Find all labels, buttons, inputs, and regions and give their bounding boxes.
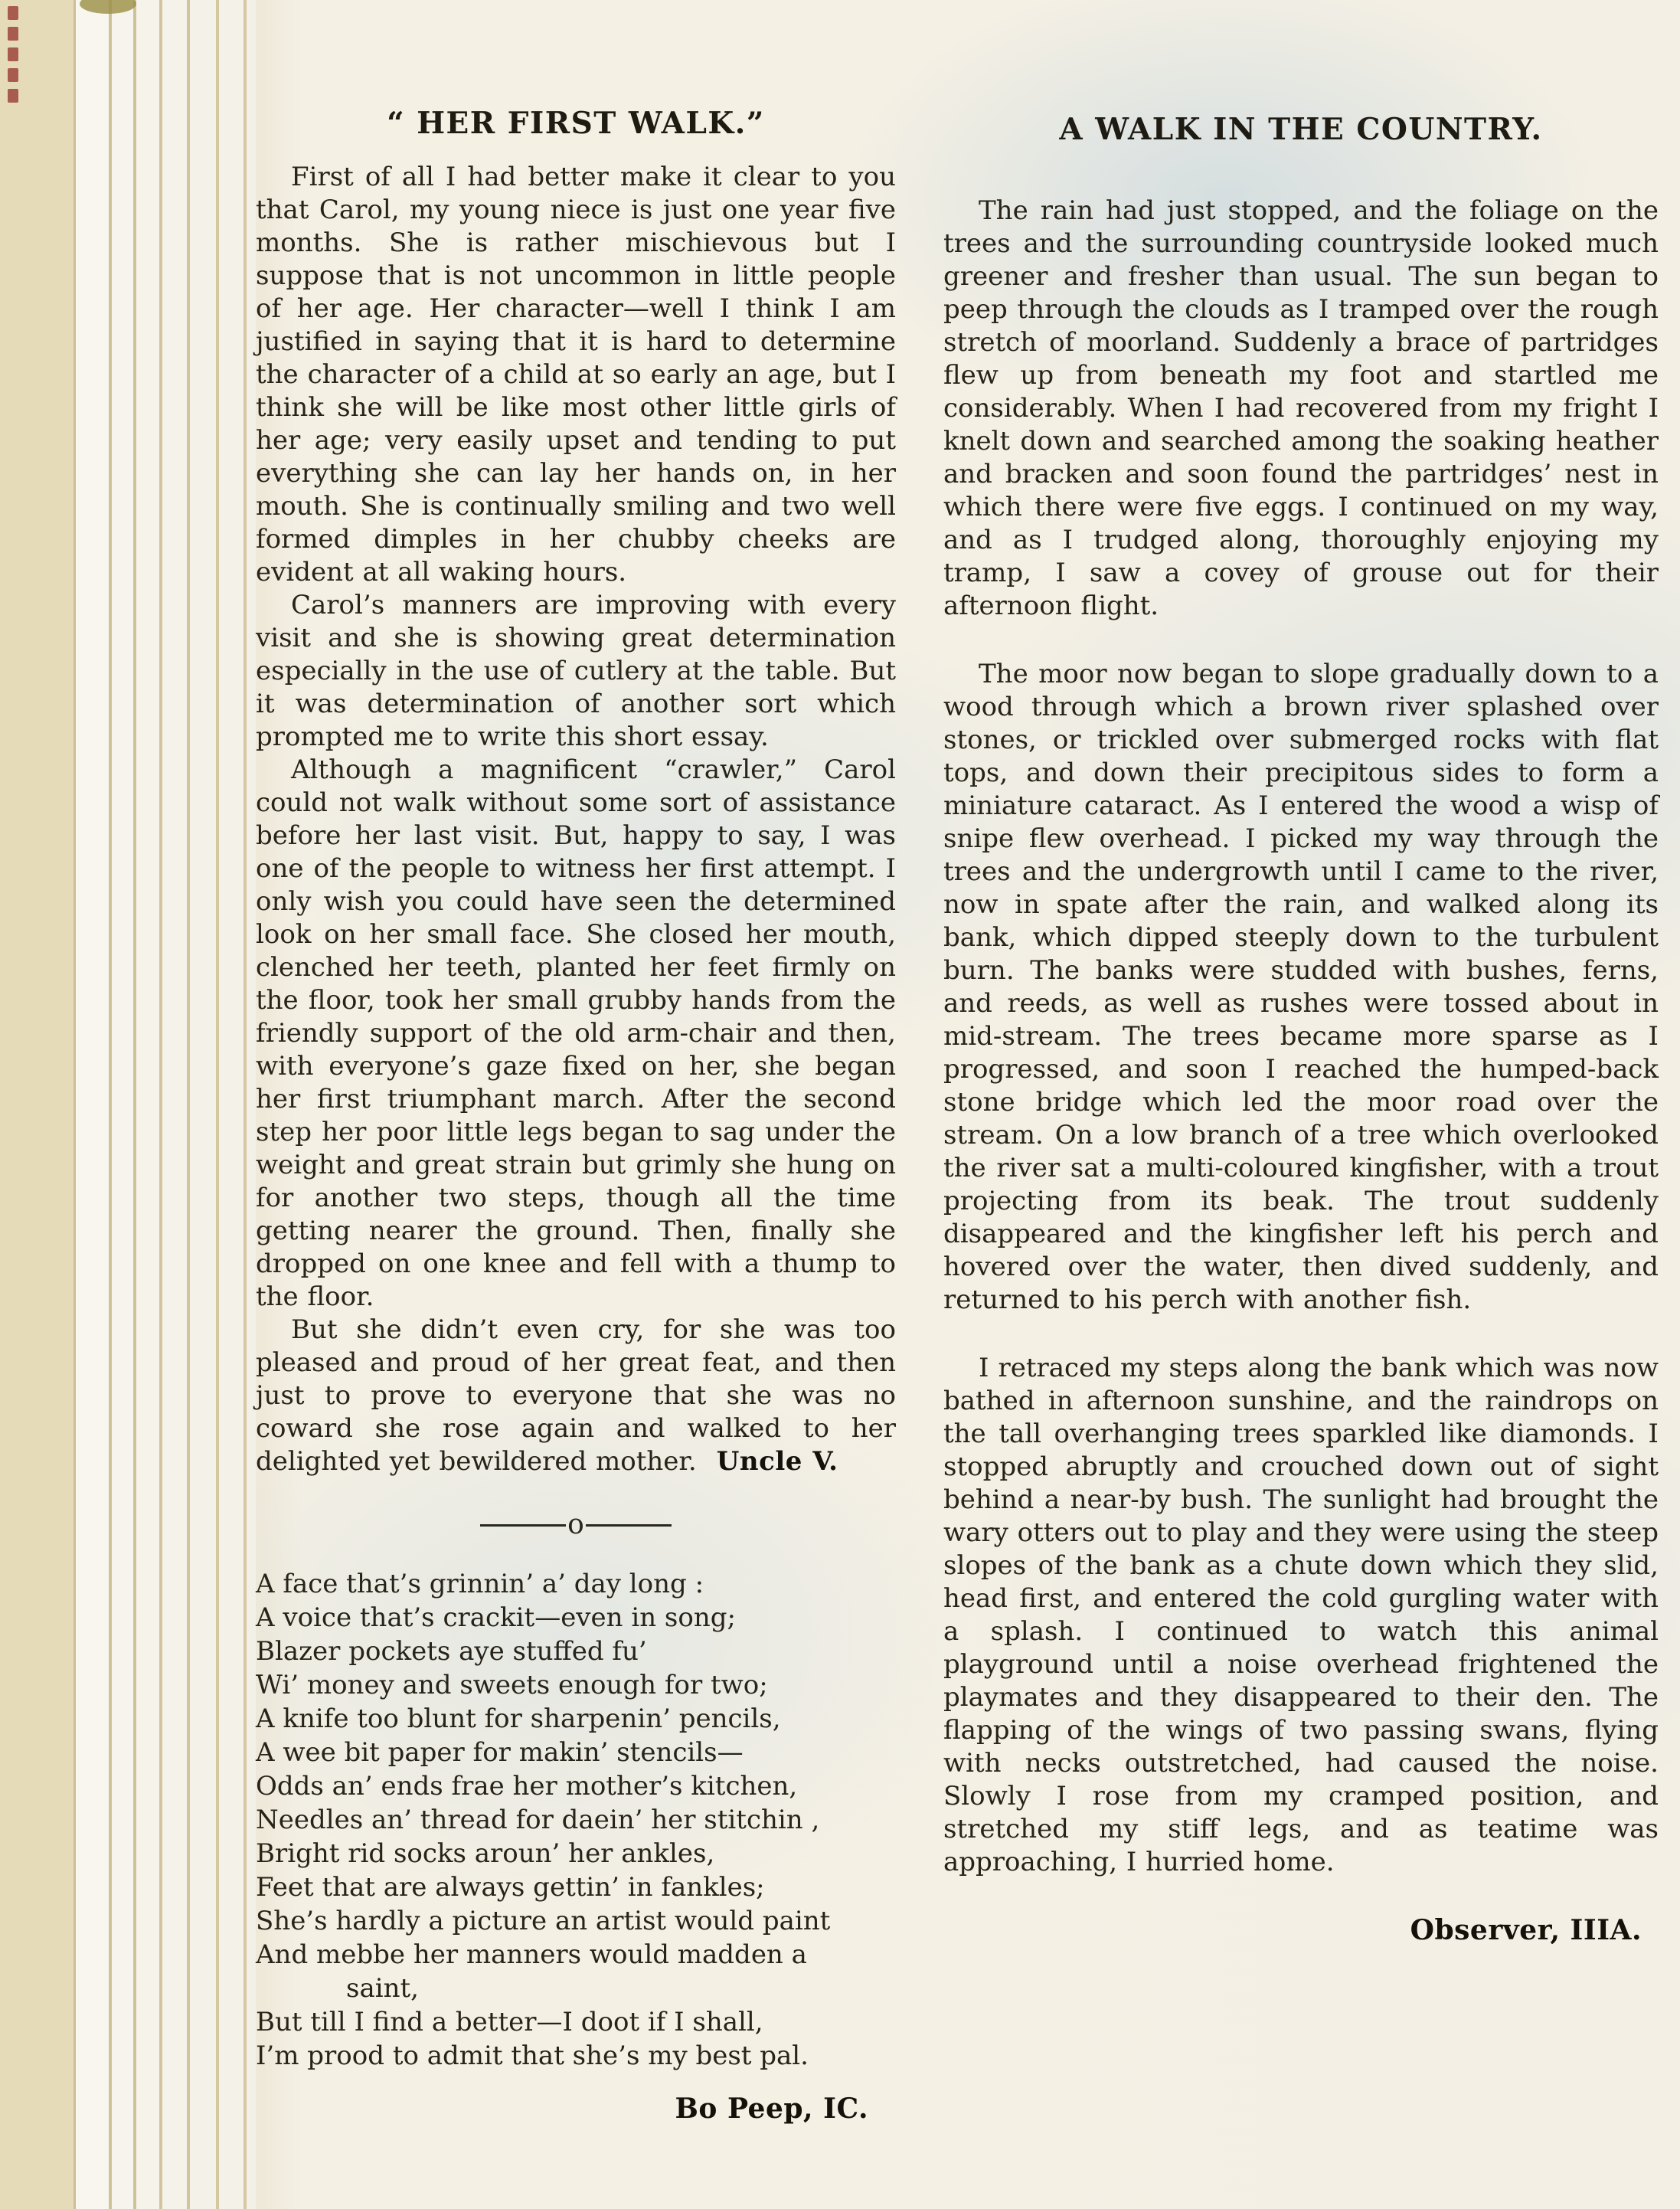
divider-rule-right [586,1524,672,1527]
poem-line: Blazer pockets aye stuffed fu’ [256,1635,896,1668]
poem-line: I’m prood to admit that she’s my best pa… [256,2039,896,2073]
right-paragraph-2: The moor now began to slope gradually do… [943,658,1659,1317]
right-paragraph-1: The rain had just stopped, and the folia… [943,195,1659,623]
left-paragraph-2: Carol’s manners are improving with every… [256,589,896,754]
poem-line: A face that’s grinnin’ a’ day long : [256,1567,896,1601]
paragraph-text: Although a magnificent “crawler,” Carol … [256,754,896,1312]
right-article-title: A WALK IN THE COUNTRY. [943,112,1659,147]
left-paragraph-4: But she didn’t even cry, for she was too… [256,1314,896,1478]
divider-ornament: o [566,1514,586,1536]
author-signature: Uncle V. [717,1446,838,1477]
paragraph-text: The moor now began to slope gradually do… [943,659,1659,1315]
paragraph-text: The rain had just stopped, and the folia… [943,195,1659,621]
poem-line: Odds an’ ends frae her mother’s kitchen, [256,1769,896,1803]
page-paper: “ HER FIRST WALK.” First of all I had be… [256,0,1680,2209]
poem-line: Bright rid socks aroun’ her ankles, [256,1837,896,1870]
right-article-signature: Observer, IIIA. [943,1914,1659,1946]
scanned-magazine-page: “ HER FIRST WALK.” First of all I had be… [0,0,1680,2209]
poem-signature: Bo Peep, IC. [256,2093,896,2125]
poem-line: Wi’ money and sweets enough for two; [256,1668,896,1702]
section-divider: o [256,1514,896,1536]
poem-line: saint, [256,1972,896,2005]
right-paragraph-3: I retraced my steps along the bank which… [943,1352,1659,1879]
paragraph-text: I retraced my steps along the bank which… [943,1353,1659,1877]
left-article-title: “ HER FIRST WALK.” [256,106,896,141]
poem-line: But till I find a better—I doot if I sha… [256,2005,896,2039]
left-article: “ HER FIRST WALK.” First of all I had be… [256,106,896,2125]
poem-line: She’s hardly a picture an artist would p… [256,1904,896,1938]
poem-line: Needles an’ thread for daein’ her stitch… [256,1803,896,1837]
poem-line: A knife too blunt for sharpenin’ pencils… [256,1702,896,1736]
binding-stitch-marks [8,6,25,121]
left-paragraph-1: First of all I had better make it clear … [256,161,896,589]
poem-line: A voice that’s crackit—even in song; [256,1601,896,1635]
right-article: A WALK IN THE COUNTRY. The rain had just… [943,112,1659,1946]
paragraph-text: First of all I had better make it clear … [256,162,896,587]
poem: A face that’s grinnin’ a’ day long : A v… [256,1567,896,2073]
paragraph-text: Carol’s manners are improving with every… [256,590,896,752]
poem-line: A wee bit paper for makin’ stencils— [256,1736,896,1769]
divider-rule-left [480,1524,566,1527]
poem-line: Feet that are always gettin’ in fankles; [256,1870,896,1904]
book-page-edges [74,0,256,2209]
poem-line: And mebbe her manners would madden a [256,1938,896,1972]
left-paragraph-3: Although a magnificent “crawler,” Carol … [256,754,896,1314]
